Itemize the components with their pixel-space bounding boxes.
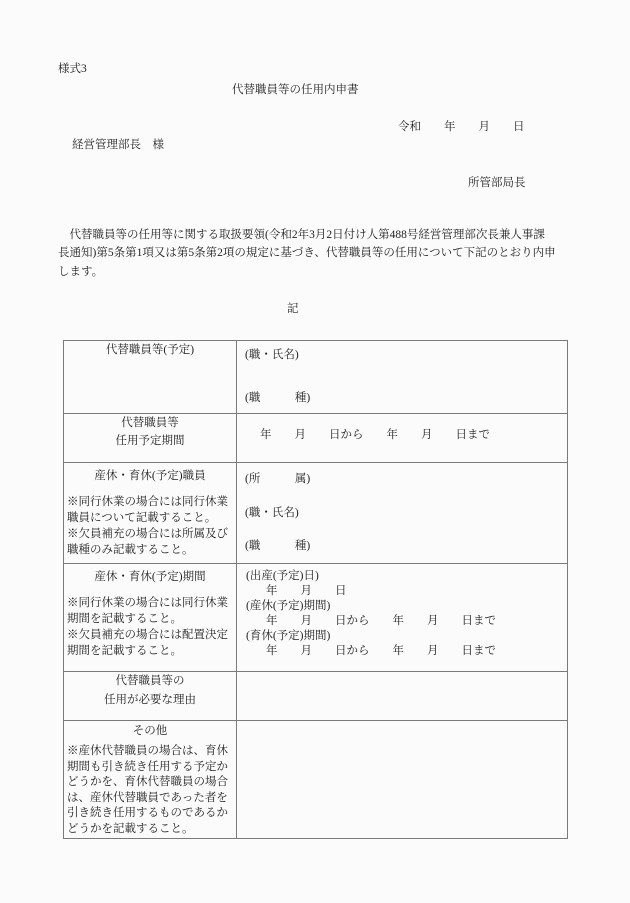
field-label-job-name: (職・氏名): [245, 346, 559, 362]
row-label-reason: 代替職員等の 任用が必要な理由: [64, 672, 236, 710]
record-mark: 記: [287, 303, 299, 316]
row-leave-staff: 産休・育休(予定)職員 ※同行休業の場合には同行休業職員について記載すること。 …: [64, 463, 568, 564]
reason-blank-cell: [237, 672, 568, 721]
note-text: ※欠員補充の場合には所属及び職種のみ記載すること。: [67, 526, 233, 558]
row-label-leave-period: 産休・育休(予定)期間: [64, 564, 236, 584]
row-appointment-period: 代替職員等 任用予定期間 年 月 日から 年 月 日まで: [64, 414, 568, 463]
row-leave-period: 産休・育休(予定)期間 ※同行休業の場合には同行休業期間を記載すること。 ※欠員…: [64, 564, 568, 672]
period-blank-line: 年 月 日から 年 月 日まで: [246, 614, 563, 629]
other-notes: ※産休代替職員の場合は、育休期間も引き続き任用する予定かどうかを、育休代替職員の…: [64, 744, 236, 838]
field-label-job-name: (職・氏名): [245, 504, 559, 520]
note-text: ※同行休業の場合には同行休業職員について記載すること。: [67, 494, 233, 526]
row-label-line: 代替職員等の: [64, 672, 236, 691]
leave-period-notes: ※同行休業の場合には同行休業期間を記載すること。 ※欠員補充の場合には配置決定期…: [64, 595, 236, 659]
document-page: 様式3 代替職員等の任用内申書 令和 年 月 日 経営管理部長 様 所管部局長 …: [0, 0, 630, 903]
note-text: ※同行休業の場合には同行休業期間を記載すること。: [67, 595, 233, 627]
row-label-line: 代替職員等: [64, 414, 236, 432]
field-label-birth-date: (出産(予定)日): [246, 569, 563, 584]
sender-title: 所管部局長: [468, 177, 526, 190]
date-blank-line: 年 月 日: [246, 584, 563, 599]
row-substitute-staff: 代替職員等(予定) (職・氏名) (職 種): [64, 341, 568, 414]
field-label-affiliation: (所 属): [245, 470, 559, 486]
form-number: 様式3: [58, 63, 87, 76]
leave-staff-fields: (所 属) (職・氏名) (職 種): [237, 463, 567, 562]
date-line: 令和 年 月 日: [398, 121, 525, 134]
body-line: します。: [58, 263, 572, 281]
field-label-job-type: (職 種): [245, 537, 559, 553]
substitute-staff-fields: (職・氏名) (職 種): [237, 341, 567, 412]
note-text: ※産休代替職員の場合は、育休期間も引き続き任用する予定かどうかを、育休代替職員の…: [67, 744, 233, 838]
row-reason: 代替職員等の 任用が必要な理由: [64, 672, 568, 721]
row-label-line: 任用予定期間: [64, 432, 236, 450]
document-title: 代替職員等の任用内申書: [232, 84, 359, 97]
field-label-maternity-period: (産休(予定)期間): [246, 599, 563, 614]
field-label-childcare-period: (育休(予定)期間): [246, 629, 563, 644]
body-paragraph: 代替職員等の任用等に関する取扱要領(令和2年3月2日付け人第488号経営管理部次…: [58, 226, 572, 281]
row-label-appointment-period: 代替職員等 任用予定期間: [64, 414, 236, 450]
appointment-table: 代替職員等(予定) (職・氏名) (職 種) 代替職員等 任用予定期間 年 月 …: [63, 340, 568, 839]
other-blank-cell: [237, 721, 568, 839]
body-line: 長通知)第5条第1項又は第5条第2項の規定に基づき、代替職員等の任用について下記…: [58, 244, 572, 262]
period-blank-line: 年 月 日から 年 月 日まで: [260, 429, 490, 441]
leave-staff-notes: ※同行休業の場合には同行休業職員について記載すること。 ※欠員補充の場合には所属…: [64, 494, 236, 558]
body-line: 代替職員等の任用等に関する取扱要領(令和2年3月2日付け人第488号経営管理部次…: [58, 226, 572, 244]
leave-period-fields: (出産(予定)日) 年 月 日 (産休(予定)期間) 年 月 日から 年 月 日…: [237, 564, 567, 659]
row-label-substitute-staff: 代替職員等(予定): [64, 341, 236, 357]
addressee: 経営管理部長 様: [72, 139, 164, 152]
period-blank-line: 年 月 日から 年 月 日まで: [246, 644, 563, 659]
row-label-leave-staff: 産休・育休(予定)職員: [64, 463, 236, 483]
row-other: その他 ※産休代替職員の場合は、育休期間も引き続き任用する予定かどうかを、育休代…: [64, 721, 568, 839]
row-label-other: その他: [64, 721, 236, 738]
row-label-line: 任用が必要な理由: [64, 691, 236, 710]
field-label-job-type: (職 種): [245, 389, 559, 405]
note-text: ※欠員補充の場合には配置決定期間を記載すること。: [67, 627, 233, 659]
